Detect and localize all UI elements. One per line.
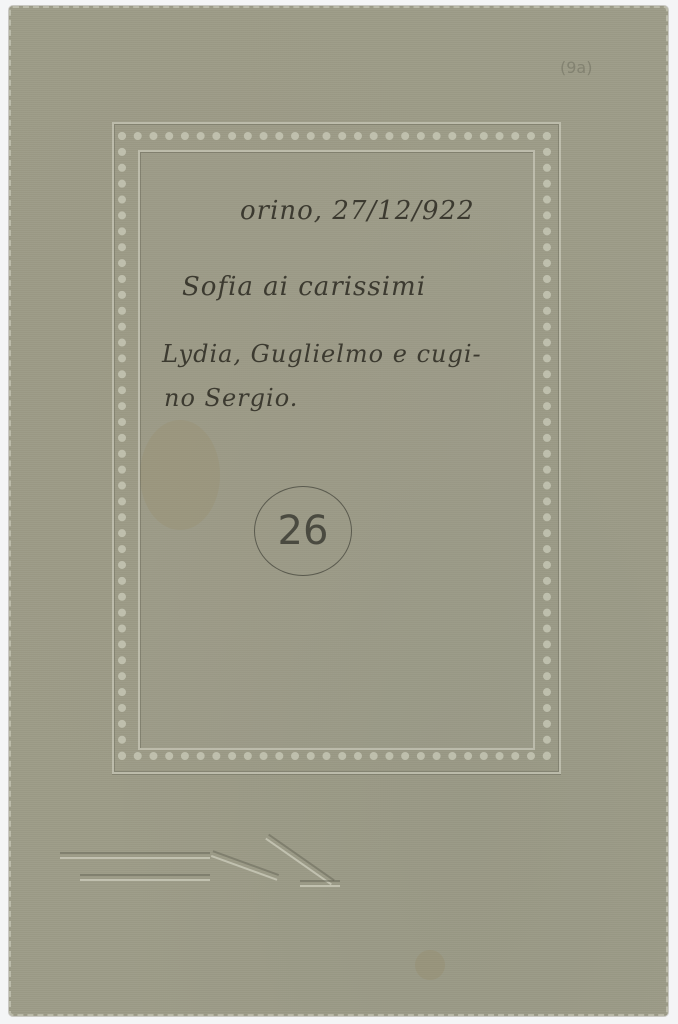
stain [415,950,445,980]
pencil-note: (9a) [560,58,592,77]
handwritten-line-3: no Sergio. [164,384,298,412]
circled-number: 26 [254,486,352,576]
handwritten-date: orino, 27/12/922 [240,196,475,226]
embossed-frame-inner [138,150,535,750]
embossed-studio-logo [60,842,350,912]
handwritten-line-1: Sofia ai carissimi [182,272,426,302]
handwritten-line-2: Lydia, Guglielmo e cugi- [162,340,482,368]
